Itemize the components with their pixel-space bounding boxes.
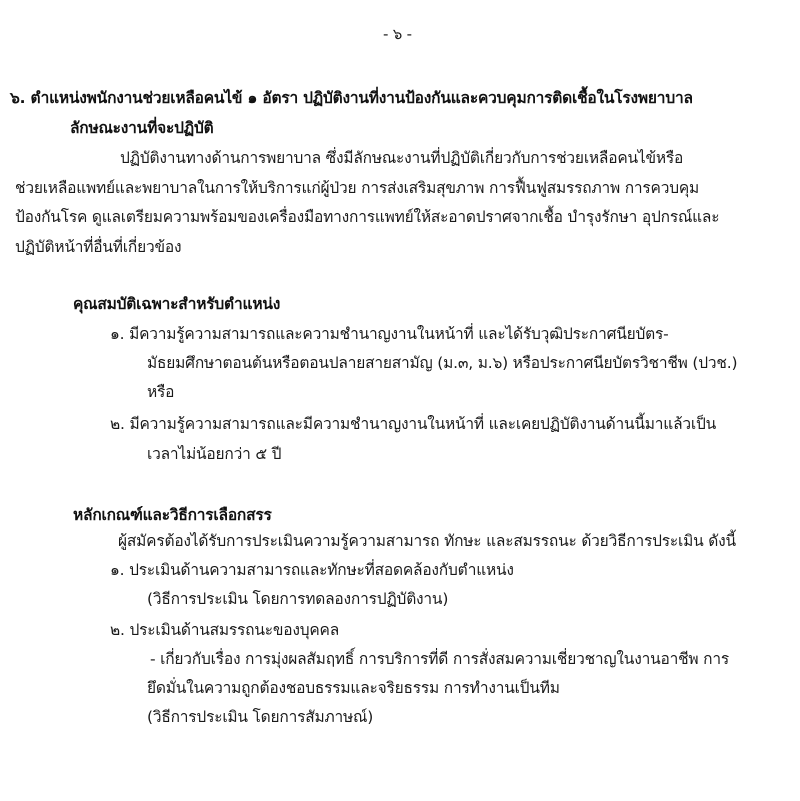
selection-item-2-detail-cont: ยึดมั่นในความถูกต้องชอบธรรมและจริยธรรม ก… [147, 678, 560, 698]
job-description-line: ช่วยเหลือแพทย์และพยาบาลในการให้บริการแก่… [15, 178, 699, 198]
selection-item-2-detail: - เกี่ยวกับเรื่อง การมุ่งผลสัมฤทธิ์ การบ… [150, 649, 729, 669]
selection-item-1: ๑. ประเมินด้านความสามารถและทักษะที่สอดคล… [110, 560, 514, 580]
position-heading: ๖. ตำแหน่งพนักงานช่วยเหลือคนไข้ ๑ อัตรา … [10, 88, 693, 108]
selection-item-2: ๒. ประเมินด้านสมรรถนะของบุคคล [110, 620, 339, 640]
selection-intro: ผู้สมัครต้องได้รับการประเมินความรู้ความส… [118, 531, 736, 551]
page-number: - ๖ - [383, 24, 412, 44]
qualification-item-1: ๑. มีความรู้ความสามารถและความชำนาญงานในห… [110, 324, 669, 344]
qualification-item-1-cont: มัธยมศึกษาตอนต้นหรือตอนปลายสายสามัญ (ม.๓… [147, 353, 737, 373]
job-description-title: ลักษณะงานที่จะปฏิบัติ [70, 118, 213, 138]
job-description-line: ปฏิบัติงานทางด้านการพยาบาล ซึ่งมีลักษณะง… [120, 148, 683, 168]
qualifications-title: คุณสมบัติเฉพาะสำหรับตำแหน่ง [73, 294, 280, 314]
job-description-line: ปฏิบัติหน้าที่อื่นที่เกี่ยวข้อง [15, 237, 181, 257]
selection-title: หลักเกณฑ์และวิธีการเลือกสรร [73, 505, 272, 525]
qualification-item-2: ๒. มีความรู้ความสามารถและมีความชำนาญงานใ… [110, 414, 716, 434]
qualification-item-2-cont: เวลาไม่น้อยกว่า ๕ ปี [147, 444, 281, 464]
selection-item-1-method: (วิธีการประเมิน โดยการทดลองการปฏิบัติงาน… [147, 589, 448, 609]
qualification-item-1-cont: หรือ [147, 382, 174, 402]
selection-item-2-method: (วิธีการประเมิน โดยการสัมภาษณ์) [147, 707, 373, 727]
job-description-line: ป้องกันโรค ดูแลเตรียมความพร้อมของเครื่อง… [15, 207, 719, 227]
